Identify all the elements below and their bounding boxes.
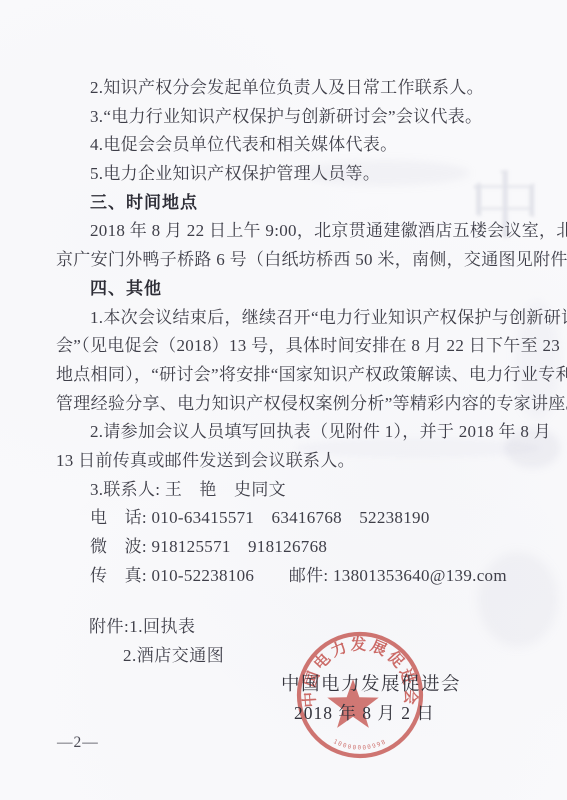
signature-date: 2018 年 8 月 2 日 <box>294 700 435 725</box>
paragraph-line: 2.请参加会议人员填写回执表（见附件 1），并于 2018 年 8 月 <box>56 418 526 447</box>
section-heading-other: 四、其他 <box>56 275 526 304</box>
attachments-list: 附件:1.回执表 2.酒店交通图 <box>89 613 224 670</box>
paragraph-line: 京广安门外鸭子桥路 6 号（白纸坊桥西 50 米，南侧，交通图见附件 2）。 <box>56 246 526 275</box>
paragraph-line: 1.本次会议结束后，继续召开“电力行业知识产权保护与创新研讨 <box>56 304 526 333</box>
list-item: 2.知识产权分会发起单位负责人及日常工作联系人。 <box>56 74 526 103</box>
section-heading-time-place: 三、时间地点 <box>56 189 526 218</box>
paragraph-line: 管理经验分享、电力知识产权侵权案例分析”等精彩内容的专家讲座。 <box>56 390 526 419</box>
seal-serial-number: 10000000998 <box>332 738 388 752</box>
document-body: 2.知识产权分会发起单位负责人及日常工作联系人。 3.“电力行业知识产权保护与创… <box>56 74 526 590</box>
paragraph-line: 13 日前传真或邮件发送到会议联系人。 <box>56 447 526 476</box>
attachment-item: 附件:1.回执表 <box>89 613 224 642</box>
svg-text:10000000998: 10000000998 <box>332 738 388 752</box>
paragraph-line: 地点相同），“研讨会”将安排“国家知识产权政策解读、电力行业专利 <box>56 361 526 390</box>
paragraph-line: 会”（见电促会（2018）13 号，具体时间安排在 8 月 22 日下午至 23… <box>56 332 526 361</box>
phone-line: 电 话: 010-63415571 63416768 52238190 <box>56 504 526 533</box>
page-number: —2— <box>57 734 99 752</box>
attachment-item: 2.酒店交通图 <box>89 642 224 671</box>
list-item: 3.“电力行业知识产权保护与创新研讨会”会议代表。 <box>56 103 526 132</box>
contact-names-line: 3.联系人: 王 艳 史同文 <box>56 476 526 505</box>
weibo-line: 微 波: 918125571 918126768 <box>56 533 526 562</box>
signature-organization: 中国电力发展促进会 <box>281 670 461 696</box>
list-item: 5.电力企业知识产权保护管理人员等。 <box>56 160 526 189</box>
fax-email-line: 传 真: 010-52238106 邮件: 13801353640@139.co… <box>56 562 526 591</box>
paragraph-line: 2018 年 8 月 22 日上午 9:00，北京贯通建徽酒店五楼会议室，北 <box>56 217 526 246</box>
list-item: 4.电促会会员单位代表和相关媒体代表。 <box>56 131 526 160</box>
scanned-document-page: 中 2.知识产权分会发起单位负责人及日常工作联系人。 3.“电力行业知识产权保护… <box>0 0 567 800</box>
